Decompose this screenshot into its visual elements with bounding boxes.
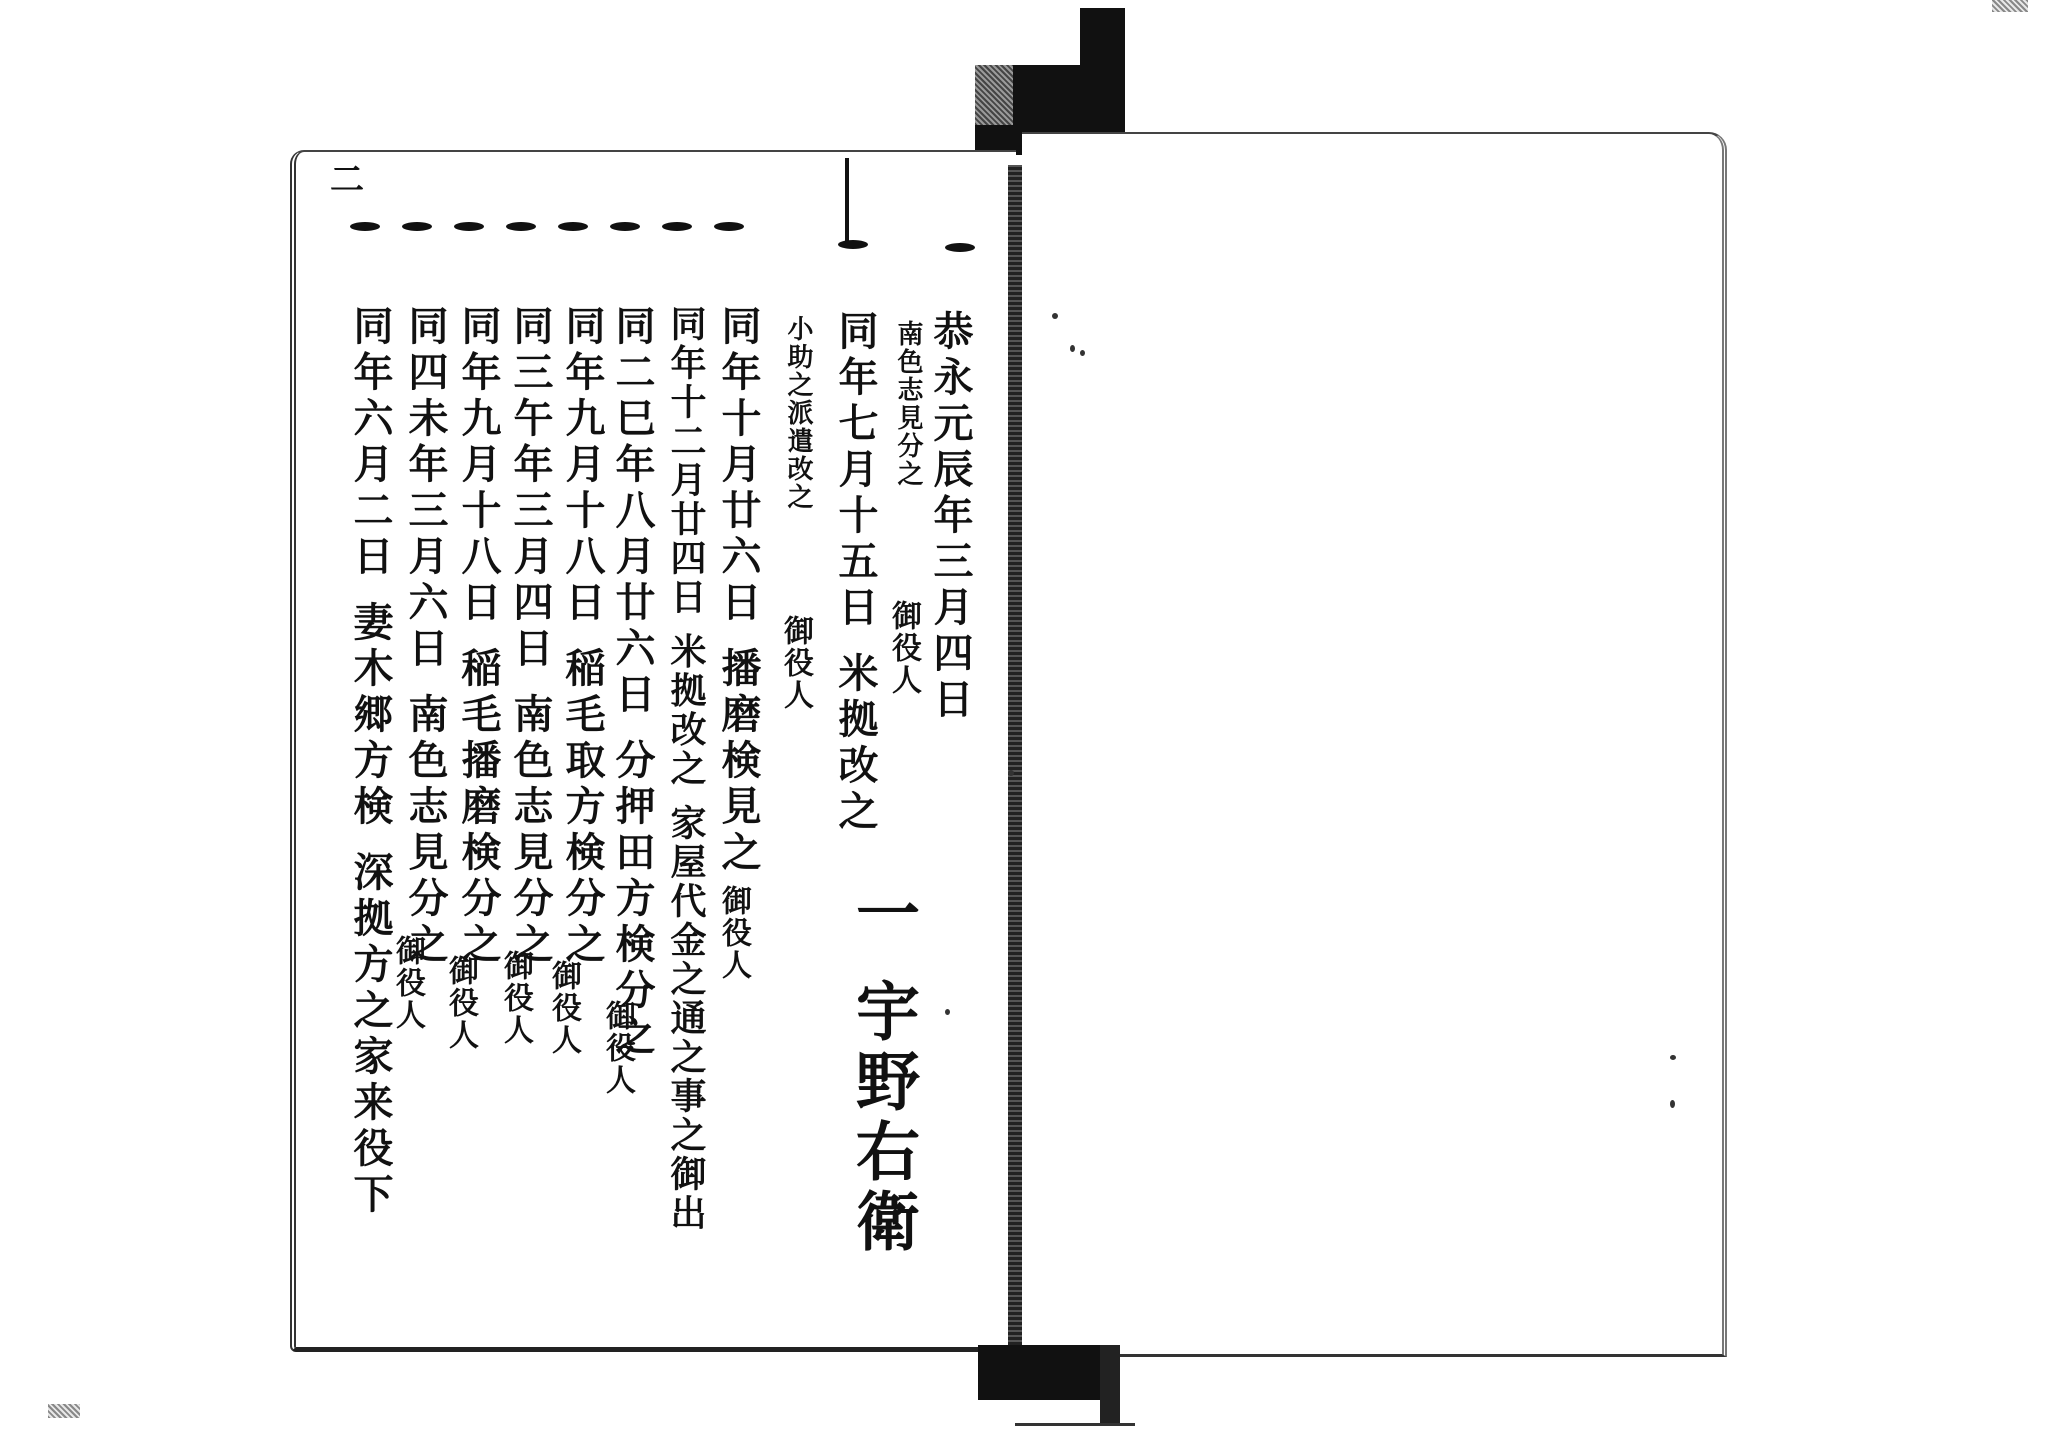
heading-dash	[945, 243, 975, 252]
bracket-mark	[845, 158, 849, 248]
ink-speck	[1670, 1100, 1675, 1108]
entry-sig-3: 御役人	[718, 885, 748, 981]
divider-dash	[714, 222, 744, 231]
ink-speck	[1070, 345, 1075, 352]
right-page-blank	[1022, 132, 1727, 1357]
entry-note-2: 小助之派遣改之	[785, 315, 811, 511]
entry-date-4: 同年十二月廿四日 米拠改之 家屋代金之通之事之御出	[668, 305, 704, 1233]
divider-dash	[402, 222, 432, 231]
entry-date-7: 同三午年三月四日 南色志見分之	[510, 305, 550, 969]
document-title: 一 宇野右衛	[850, 880, 914, 1258]
book-spine	[1008, 165, 1022, 1350]
ink-speck	[1052, 313, 1058, 319]
binding-clip-bottom-line	[1015, 1423, 1135, 1426]
heading-dash	[838, 240, 868, 249]
entry-sig-6: 御役人	[548, 960, 578, 1056]
ink-speck	[1080, 350, 1085, 356]
binding-clip-bottom	[978, 1345, 1108, 1400]
entry-date-3: 同年十月廿六日 播磨検見之	[718, 305, 758, 877]
page-number: 二	[330, 152, 364, 201]
ink-speck	[945, 1009, 950, 1015]
entry-date-6: 同年九月十八日 稲毛取方検分之	[562, 305, 602, 969]
entry-date-9: 同四未年三月六日 南色志見分之	[405, 305, 445, 969]
entry-sig-8: 御役人	[445, 955, 475, 1051]
divider-dash	[454, 222, 484, 231]
entry-date-5: 同二巳年八月廿六日 分押田方検分之	[612, 305, 652, 1061]
binding-clip-top-edge	[975, 65, 1013, 125]
entry-sig-7: 御役人	[500, 950, 530, 1046]
scan-artifact-bottom-left	[48, 1404, 80, 1418]
entry-note-1: 南色志見分之	[895, 320, 921, 488]
entry-date-8: 同年九月十八日 稲毛播磨検分之	[458, 305, 498, 969]
scan-artifact-top-right	[1992, 0, 2028, 12]
entry-date-2: 同年七月十五日 米拠改之	[835, 310, 875, 836]
ink-speck	[1008, 770, 1014, 776]
entry-sig-5: 御役人	[602, 1000, 632, 1096]
divider-dash	[558, 222, 588, 231]
divider-dash	[506, 222, 536, 231]
binding-clip-top-tab	[1080, 8, 1125, 73]
entry-date-10: 同年六月二日 妻木郷方検 深拠方之家来役下	[350, 305, 390, 1219]
divider-marks	[350, 222, 744, 231]
ink-speck	[1670, 1055, 1676, 1060]
entry-sig-2: 御役人	[780, 615, 810, 711]
entry-sig-1: 御役人	[888, 600, 918, 696]
entry-sig-9: 御役人	[392, 935, 422, 1031]
divider-dash	[610, 222, 640, 231]
divider-dash	[350, 222, 380, 231]
divider-dash	[662, 222, 692, 231]
entry-date-1: 恭永元辰年三月四日	[930, 310, 970, 724]
binding-clip-bottom-tab	[1100, 1345, 1120, 1425]
